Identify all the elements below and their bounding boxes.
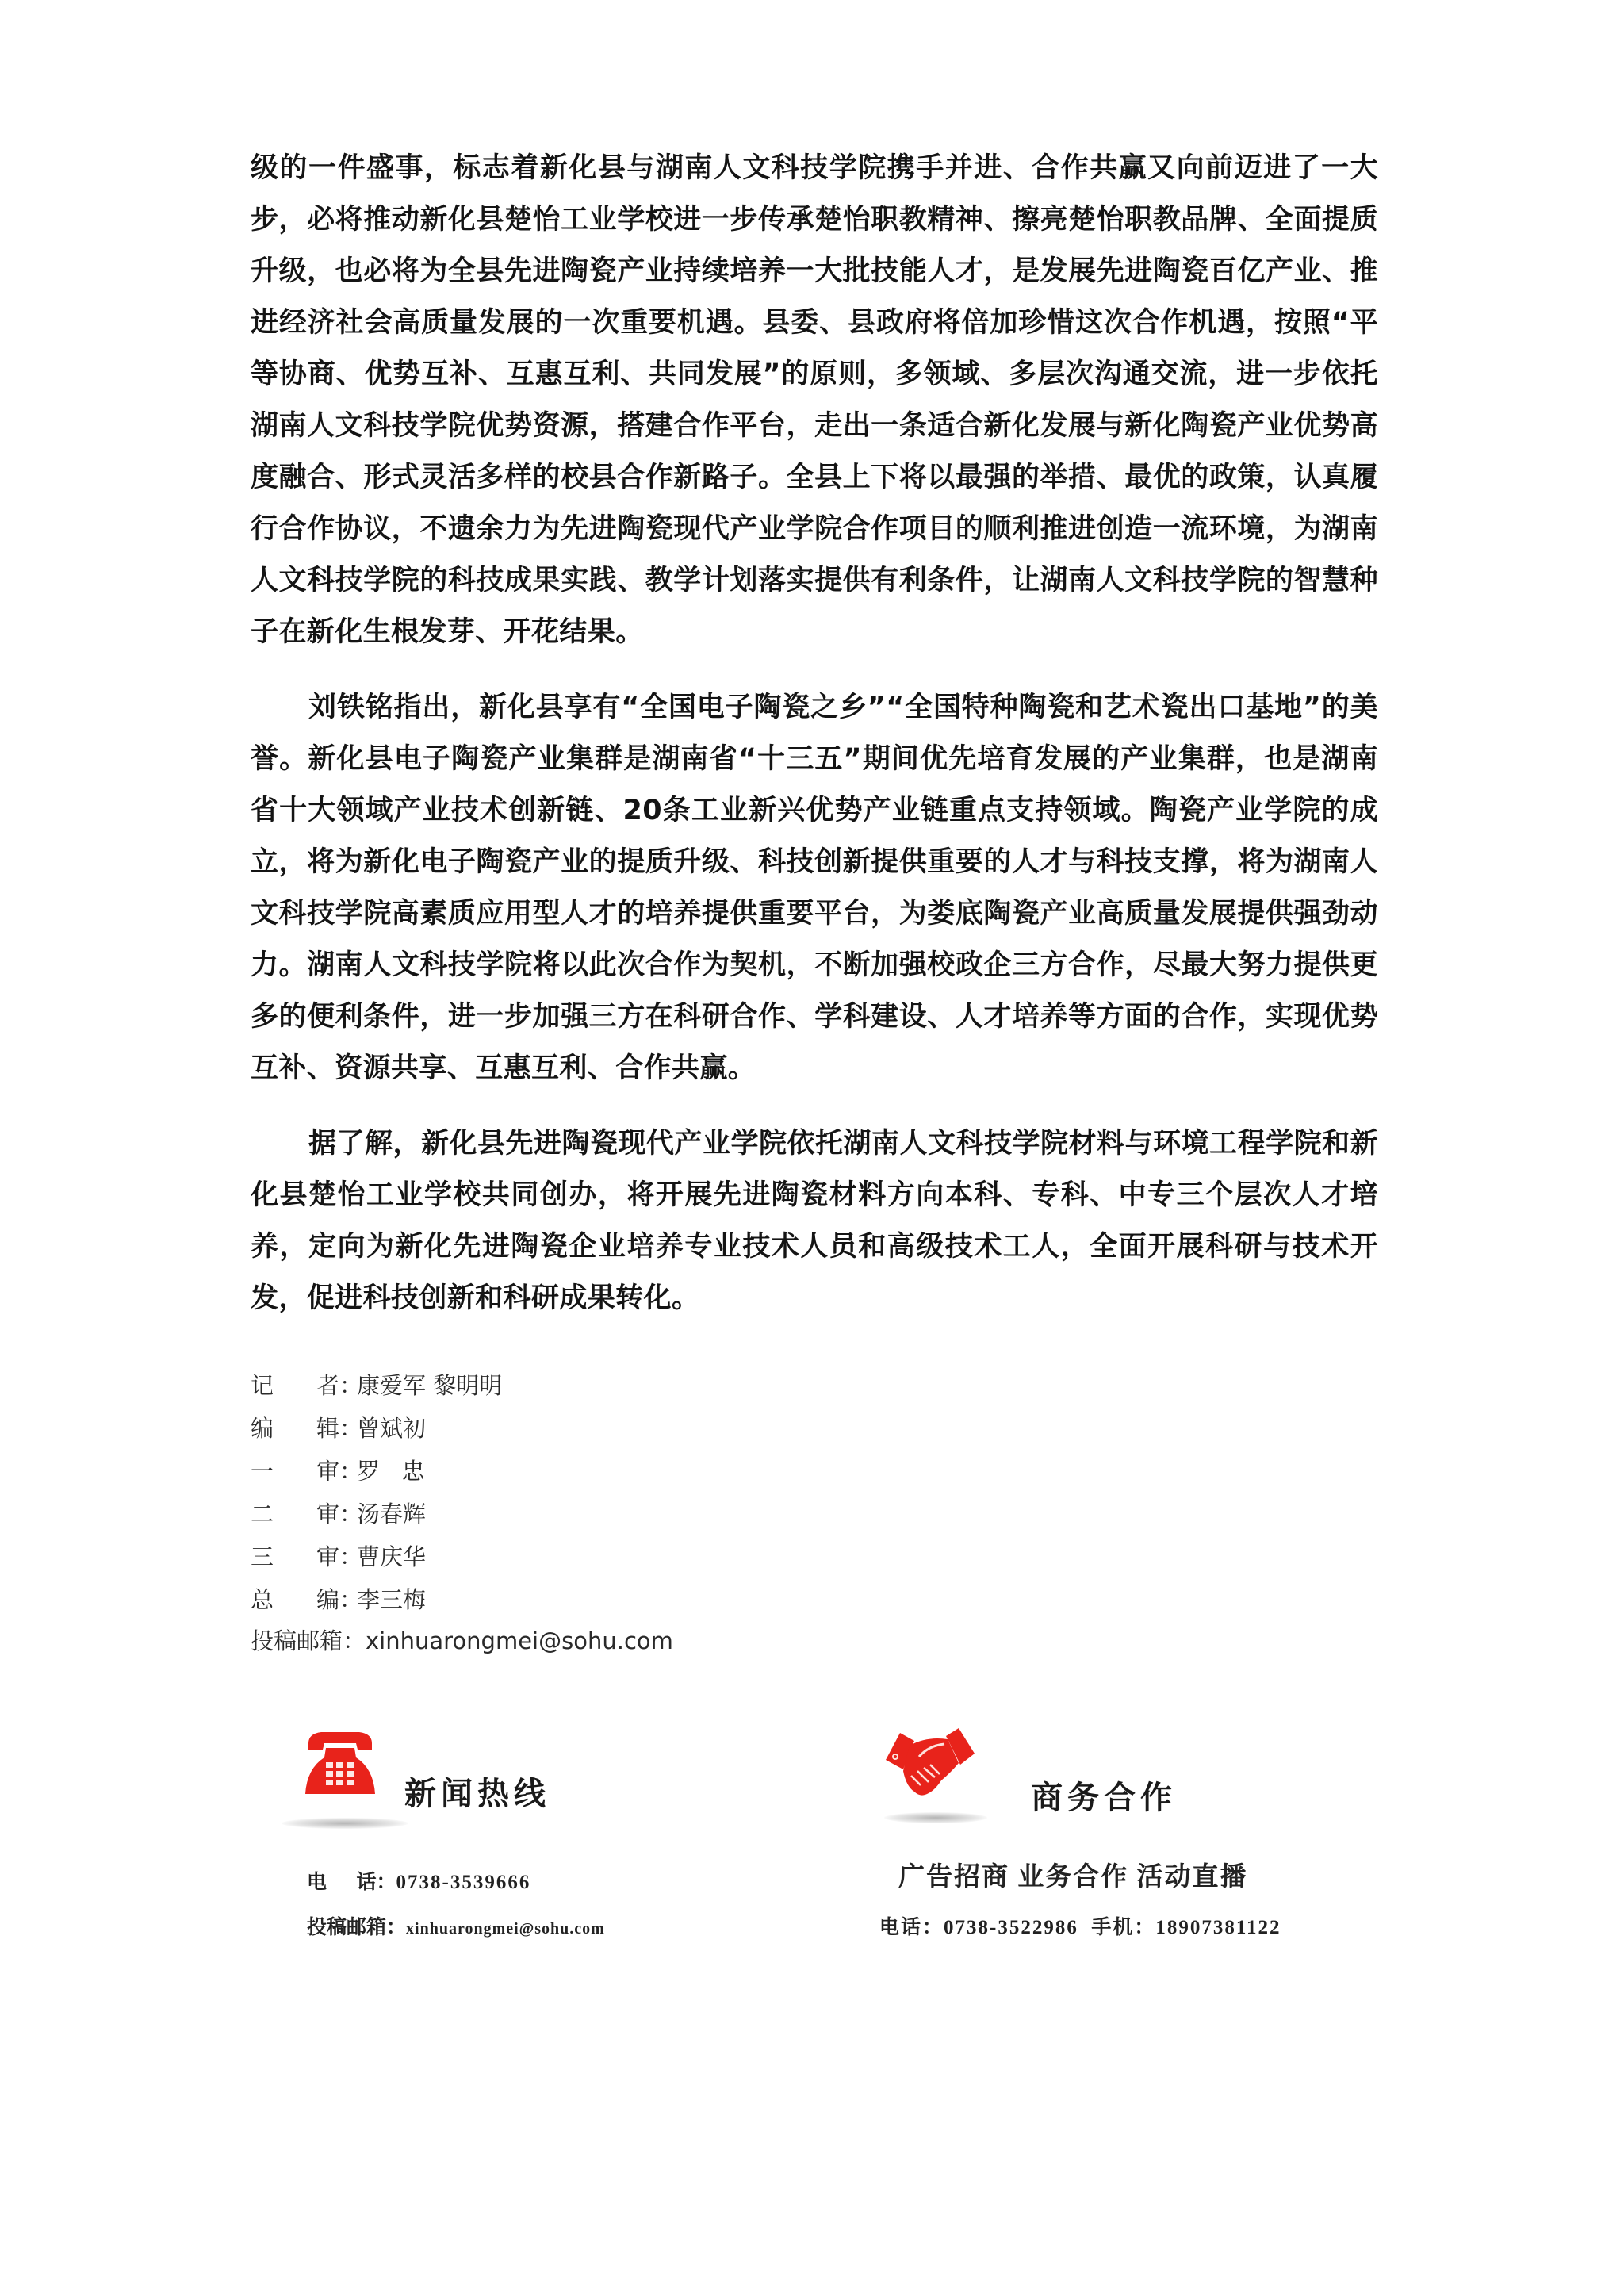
credit-label: 记者 [251, 1364, 339, 1407]
credit-label: 总编 [251, 1578, 339, 1621]
article-paragraph-2: 刘铁铭指出，新化县享有“全国电子陶瓷之乡”“全国特种陶瓷和艺术瓷出口基地”的美誉… [251, 682, 1378, 1094]
telephone-icon [304, 1729, 377, 1797]
credit-editor: 编辑 ： 曾斌初 [251, 1407, 673, 1450]
credit-label: 一审 [251, 1450, 339, 1493]
icon-shadow [884, 1812, 987, 1823]
submission-email-row: 投稿邮箱： xinhuarongmei@sohu.com [251, 1619, 673, 1662]
credit-label: 三审 [251, 1535, 339, 1578]
news-email-link[interactable]: xinhuarongmei@sohu.com [406, 1920, 605, 1938]
news-hotline-title: 新闻热线 [404, 1769, 550, 1814]
icon-shadow [282, 1818, 408, 1829]
handshake-icon [883, 1725, 978, 1804]
credit-reporter: 记者 ： 康爱军 黎明明 [251, 1364, 673, 1407]
article-body: 级的一件盛事，标志着新化县与湖南人文科技学院携手并进、合作共赢又向前迈进了一大步… [251, 143, 1378, 1348]
business-cooperation-card: 商务合作 广告招商 业务合作 活动直播 电话：0738-3522986 手机：1… [868, 1717, 1360, 1963]
news-phone-number[interactable]: 0738-3539666 [396, 1872, 531, 1893]
article-paragraph-3: 据了解，新化县先进陶瓷现代产业学院依托湖南人文科技学院材料与环境工程学院和新化县… [251, 1118, 1378, 1324]
news-email-row: 投稿邮箱：xinhuarongmei@sohu.com [307, 1911, 605, 1940]
credit-value: 李三梅 [357, 1578, 426, 1621]
business-cooperation-title: 商务合作 [1031, 1773, 1177, 1818]
credit-value: 罗 忠 [357, 1450, 425, 1493]
news-phone-row: 电 话：0738-3539666 [307, 1866, 530, 1895]
credit-value: 曾斌初 [357, 1407, 426, 1450]
article-paragraph-1: 级的一件盛事，标志着新化县与湖南人文科技学院携手并进、合作共赢又向前迈进了一大步… [251, 143, 1378, 658]
credits-block: 记者 ： 康爱军 黎明明 编辑 ： 曾斌初 一审 ： 罗 忠 二审 ： 汤春辉 … [251, 1364, 673, 1662]
credit-label: 编辑 [251, 1407, 339, 1450]
credit-third-review: 三审 ： 曹庆华 [251, 1535, 673, 1578]
business-contact[interactable]: 电话：0738-3522986 手机：18907381122 [879, 1911, 1281, 1940]
credit-value: 曹庆华 [357, 1535, 426, 1578]
submission-email-link[interactable]: xinhuarongmei@sohu.com [366, 1619, 673, 1662]
credit-second-review: 二审 ： 汤春辉 [251, 1493, 673, 1535]
credit-chief-editor: 总编 ： 李三梅 [251, 1578, 673, 1621]
business-services: 广告招商 业务合作 活动直播 [898, 1856, 1248, 1893]
credit-label: 二审 [251, 1493, 339, 1535]
news-hotline-card: 新闻热线 电 话：0738-3539666 投稿邮箱：xinhuarongmei… [274, 1721, 718, 1959]
submission-label: 投稿邮箱： [251, 1619, 366, 1662]
credit-value: 汤春辉 [357, 1493, 426, 1535]
credit-first-review: 一审 ： 罗 忠 [251, 1450, 673, 1493]
credit-value: 康爱军 黎明明 [357, 1364, 502, 1407]
